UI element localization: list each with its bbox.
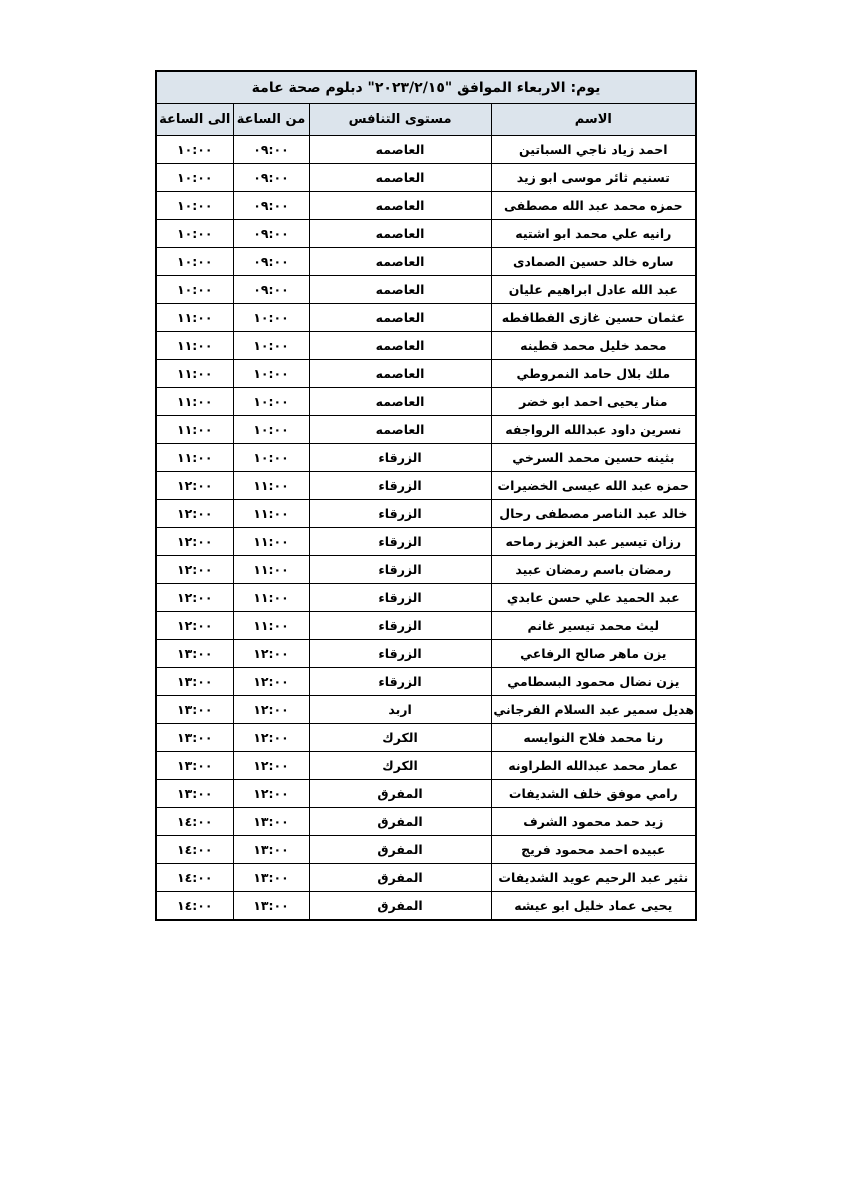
- cell-name: محمد خليل محمد قطينه: [491, 332, 696, 360]
- cell-to-time: ١٣:٠٠: [156, 668, 233, 696]
- table-row: رنا محمد فلاح النوايسه الكرك ١٢:٠٠ ١٣:٠٠: [156, 724, 696, 752]
- cell-from-time: ١٢:٠٠: [233, 640, 309, 668]
- cell-to-time: ١١:٠٠: [156, 388, 233, 416]
- table-row: بثينه حسين محمد السرخي الزرقاء ١٠:٠٠ ١١:…: [156, 444, 696, 472]
- cell-to-time: ١٤:٠٠: [156, 864, 233, 892]
- table-row: عبد الحميد علي حسن عابدي الزرقاء ١١:٠٠ ١…: [156, 584, 696, 612]
- table-row: محمد خليل محمد قطينه العاصمه ١٠:٠٠ ١١:٠٠: [156, 332, 696, 360]
- cell-name: عبد الله عادل ابراهيم عليان: [491, 276, 696, 304]
- cell-name: عمار محمد عبدالله الطراونه: [491, 752, 696, 780]
- table-row: رامي موفق خلف الشديفات المفرق ١٢:٠٠ ١٣:٠…: [156, 780, 696, 808]
- table-body: احمد زياد ناجي السباتين العاصمه ٠٩:٠٠ ١٠…: [156, 136, 696, 921]
- table-row: عبيده احمد محمود فريج المفرق ١٣:٠٠ ١٤:٠٠: [156, 836, 696, 864]
- cell-from-time: ١٠:٠٠: [233, 332, 309, 360]
- cell-from-time: ١٢:٠٠: [233, 668, 309, 696]
- column-header-name: الاسم: [491, 104, 696, 136]
- table-row: يزن نضال محمود البسطامي الزرقاء ١٢:٠٠ ١٣…: [156, 668, 696, 696]
- cell-name: رامي موفق خلف الشديفات: [491, 780, 696, 808]
- cell-competition-level: الزرقاء: [309, 556, 491, 584]
- cell-competition-level: العاصمه: [309, 276, 491, 304]
- cell-name: خالد عبد الناصر مصطفى رحال: [491, 500, 696, 528]
- table-row: رمضان باسم رمضان عبيد الزرقاء ١١:٠٠ ١٢:٠…: [156, 556, 696, 584]
- cell-competition-level: العاصمه: [309, 304, 491, 332]
- column-header-from-time: من الساعة: [233, 104, 309, 136]
- cell-from-time: ١٢:٠٠: [233, 780, 309, 808]
- cell-to-time: ١٠:٠٠: [156, 248, 233, 276]
- cell-competition-level: العاصمه: [309, 220, 491, 248]
- cell-name: هديل سمير عبد السلام الفرجاني: [491, 696, 696, 724]
- table-row: حمزه محمد عبد الله مصطفى العاصمه ٠٩:٠٠ ١…: [156, 192, 696, 220]
- cell-from-time: ١٢:٠٠: [233, 724, 309, 752]
- cell-to-time: ١١:٠٠: [156, 444, 233, 472]
- cell-to-time: ١٠:٠٠: [156, 136, 233, 164]
- table-row: زيد حمد محمود الشرف المفرق ١٣:٠٠ ١٤:٠٠: [156, 808, 696, 836]
- table-row: نسرين داود عبدالله الرواجفه العاصمه ١٠:٠…: [156, 416, 696, 444]
- cell-competition-level: العاصمه: [309, 332, 491, 360]
- cell-competition-level: العاصمه: [309, 136, 491, 164]
- cell-name: رمضان باسم رمضان عبيد: [491, 556, 696, 584]
- cell-to-time: ١٠:٠٠: [156, 276, 233, 304]
- cell-competition-level: العاصمه: [309, 388, 491, 416]
- table-row: رانيه علي محمد ابو اشتيه العاصمه ٠٩:٠٠ ١…: [156, 220, 696, 248]
- cell-from-time: ٠٩:٠٠: [233, 248, 309, 276]
- table-row: يزن ماهر صالح الرفاعي الزرقاء ١٢:٠٠ ١٣:٠…: [156, 640, 696, 668]
- table-row: عثمان حسين غازى الفطافطه العاصمه ١٠:٠٠ ١…: [156, 304, 696, 332]
- cell-from-time: ١٠:٠٠: [233, 388, 309, 416]
- cell-from-time: ١٠:٠٠: [233, 444, 309, 472]
- cell-competition-level: العاصمه: [309, 360, 491, 388]
- table-row: احمد زياد ناجي السباتين العاصمه ٠٩:٠٠ ١٠…: [156, 136, 696, 164]
- cell-from-time: ٠٩:٠٠: [233, 192, 309, 220]
- cell-name: رانيه علي محمد ابو اشتيه: [491, 220, 696, 248]
- cell-competition-level: الزرقاء: [309, 640, 491, 668]
- cell-name: ملك بلال حامد النمروطي: [491, 360, 696, 388]
- exam-schedule-table: يوم: الاربعاء الموافق "٢٠٢٣/٢/١٥" دبلوم …: [155, 70, 697, 921]
- cell-name: يزن نضال محمود البسطامي: [491, 668, 696, 696]
- cell-competition-level: المفرق: [309, 892, 491, 921]
- cell-name: رنا محمد فلاح النوايسه: [491, 724, 696, 752]
- cell-from-time: ١٣:٠٠: [233, 892, 309, 921]
- cell-to-time: ١٤:٠٠: [156, 836, 233, 864]
- cell-from-time: ٠٩:٠٠: [233, 136, 309, 164]
- cell-name: عثمان حسين غازى الفطافطه: [491, 304, 696, 332]
- cell-from-time: ١٣:٠٠: [233, 808, 309, 836]
- cell-competition-level: الزرقاء: [309, 444, 491, 472]
- cell-competition-level: الزرقاء: [309, 472, 491, 500]
- cell-from-time: ١٠:٠٠: [233, 304, 309, 332]
- table-row: تسنيم ثائر موسى ابو زيد العاصمه ٠٩:٠٠ ١٠…: [156, 164, 696, 192]
- cell-name: عبد الحميد علي حسن عابدي: [491, 584, 696, 612]
- cell-to-time: ١٣:٠٠: [156, 752, 233, 780]
- cell-to-time: ١٣:٠٠: [156, 780, 233, 808]
- cell-competition-level: اربد: [309, 696, 491, 724]
- document-page: يوم: الاربعاء الموافق "٢٠٢٣/٢/١٥" دبلوم …: [0, 0, 850, 1192]
- cell-to-time: ١٤:٠٠: [156, 892, 233, 921]
- table-row: عبد الله عادل ابراهيم عليان العاصمه ٠٩:٠…: [156, 276, 696, 304]
- cell-competition-level: العاصمه: [309, 248, 491, 276]
- cell-competition-level: المفرق: [309, 864, 491, 892]
- cell-to-time: ١٣:٠٠: [156, 724, 233, 752]
- cell-name: حمزه عبد الله عيسى الخضيرات: [491, 472, 696, 500]
- cell-name: حمزه محمد عبد الله مصطفى: [491, 192, 696, 220]
- cell-from-time: ٠٩:٠٠: [233, 276, 309, 304]
- cell-name: احمد زياد ناجي السباتين: [491, 136, 696, 164]
- cell-to-time: ١٣:٠٠: [156, 696, 233, 724]
- cell-to-time: ١١:٠٠: [156, 416, 233, 444]
- table-row: ساره خالد حسين الصمادى العاصمه ٠٩:٠٠ ١٠:…: [156, 248, 696, 276]
- cell-competition-level: الزرقاء: [309, 668, 491, 696]
- cell-from-time: ١٠:٠٠: [233, 360, 309, 388]
- cell-to-time: ١٤:٠٠: [156, 808, 233, 836]
- cell-to-time: ١٢:٠٠: [156, 472, 233, 500]
- cell-from-time: ١١:٠٠: [233, 556, 309, 584]
- table-row: خالد عبد الناصر مصطفى رحال الزرقاء ١١:٠٠…: [156, 500, 696, 528]
- cell-name: نثير عبد الرحيم عويد الشديفات: [491, 864, 696, 892]
- table-title: يوم: الاربعاء الموافق "٢٠٢٣/٢/١٥" دبلوم …: [156, 71, 696, 104]
- cell-from-time: ٠٩:٠٠: [233, 164, 309, 192]
- cell-from-time: ١١:٠٠: [233, 472, 309, 500]
- cell-to-time: ١٢:٠٠: [156, 500, 233, 528]
- cell-from-time: ١١:٠٠: [233, 584, 309, 612]
- cell-to-time: ١٢:٠٠: [156, 584, 233, 612]
- cell-name: نسرين داود عبدالله الرواجفه: [491, 416, 696, 444]
- cell-competition-level: العاصمه: [309, 416, 491, 444]
- table-row: يحيى عماد خليل ابو عيشه المفرق ١٣:٠٠ ١٤:…: [156, 892, 696, 921]
- cell-name: عبيده احمد محمود فريج: [491, 836, 696, 864]
- cell-from-time: ١٠:٠٠: [233, 416, 309, 444]
- table-title-row: يوم: الاربعاء الموافق "٢٠٢٣/٢/١٥" دبلوم …: [156, 71, 696, 104]
- column-header-competition-level: مستوى التنافس: [309, 104, 491, 136]
- table-row: ملك بلال حامد النمروطي العاصمه ١٠:٠٠ ١١:…: [156, 360, 696, 388]
- cell-from-time: ١١:٠٠: [233, 612, 309, 640]
- cell-competition-level: الزرقاء: [309, 612, 491, 640]
- table-row: منار يحيى احمد ابو خضر العاصمه ١٠:٠٠ ١١:…: [156, 388, 696, 416]
- cell-to-time: ١١:٠٠: [156, 332, 233, 360]
- cell-from-time: ١٢:٠٠: [233, 696, 309, 724]
- table-row: هديل سمير عبد السلام الفرجاني اربد ١٢:٠٠…: [156, 696, 696, 724]
- cell-name: تسنيم ثائر موسى ابو زيد: [491, 164, 696, 192]
- cell-name: يزن ماهر صالح الرفاعي: [491, 640, 696, 668]
- cell-competition-level: الكرك: [309, 724, 491, 752]
- cell-name: بثينه حسين محمد السرخي: [491, 444, 696, 472]
- cell-to-time: ١٢:٠٠: [156, 612, 233, 640]
- cell-from-time: ١٢:٠٠: [233, 752, 309, 780]
- cell-to-time: ١٢:٠٠: [156, 556, 233, 584]
- cell-competition-level: العاصمه: [309, 192, 491, 220]
- column-header-to-time: الى الساعة: [156, 104, 233, 136]
- cell-from-time: ١١:٠٠: [233, 500, 309, 528]
- cell-competition-level: المفرق: [309, 780, 491, 808]
- table-row: حمزه عبد الله عيسى الخضيرات الزرقاء ١١:٠…: [156, 472, 696, 500]
- cell-to-time: ١٠:٠٠: [156, 220, 233, 248]
- cell-competition-level: الزرقاء: [309, 500, 491, 528]
- cell-competition-level: العاصمه: [309, 164, 491, 192]
- cell-name: رزان تيسير عبد العزيز رماحه: [491, 528, 696, 556]
- cell-from-time: ١٣:٠٠: [233, 864, 309, 892]
- cell-to-time: ١١:٠٠: [156, 360, 233, 388]
- table-row: رزان تيسير عبد العزيز رماحه الزرقاء ١١:٠…: [156, 528, 696, 556]
- cell-name: يحيى عماد خليل ابو عيشه: [491, 892, 696, 921]
- cell-name: ليث محمد تيسير غانم: [491, 612, 696, 640]
- cell-competition-level: الزرقاء: [309, 528, 491, 556]
- table-row: عمار محمد عبدالله الطراونه الكرك ١٢:٠٠ ١…: [156, 752, 696, 780]
- table-row: نثير عبد الرحيم عويد الشديفات المفرق ١٣:…: [156, 864, 696, 892]
- cell-to-time: ١٠:٠٠: [156, 192, 233, 220]
- table-header-row: الاسم مستوى التنافس من الساعة الى الساعة: [156, 104, 696, 136]
- cell-to-time: ١٣:٠٠: [156, 640, 233, 668]
- cell-to-time: ١٠:٠٠: [156, 164, 233, 192]
- cell-name: ساره خالد حسين الصمادى: [491, 248, 696, 276]
- cell-to-time: ١٢:٠٠: [156, 528, 233, 556]
- cell-competition-level: المفرق: [309, 836, 491, 864]
- cell-to-time: ١١:٠٠: [156, 304, 233, 332]
- cell-from-time: ١١:٠٠: [233, 528, 309, 556]
- cell-competition-level: الكرك: [309, 752, 491, 780]
- cell-name: منار يحيى احمد ابو خضر: [491, 388, 696, 416]
- cell-from-time: ١٣:٠٠: [233, 836, 309, 864]
- cell-name: زيد حمد محمود الشرف: [491, 808, 696, 836]
- table-row: ليث محمد تيسير غانم الزرقاء ١١:٠٠ ١٢:٠٠: [156, 612, 696, 640]
- cell-competition-level: المفرق: [309, 808, 491, 836]
- cell-competition-level: الزرقاء: [309, 584, 491, 612]
- cell-from-time: ٠٩:٠٠: [233, 220, 309, 248]
